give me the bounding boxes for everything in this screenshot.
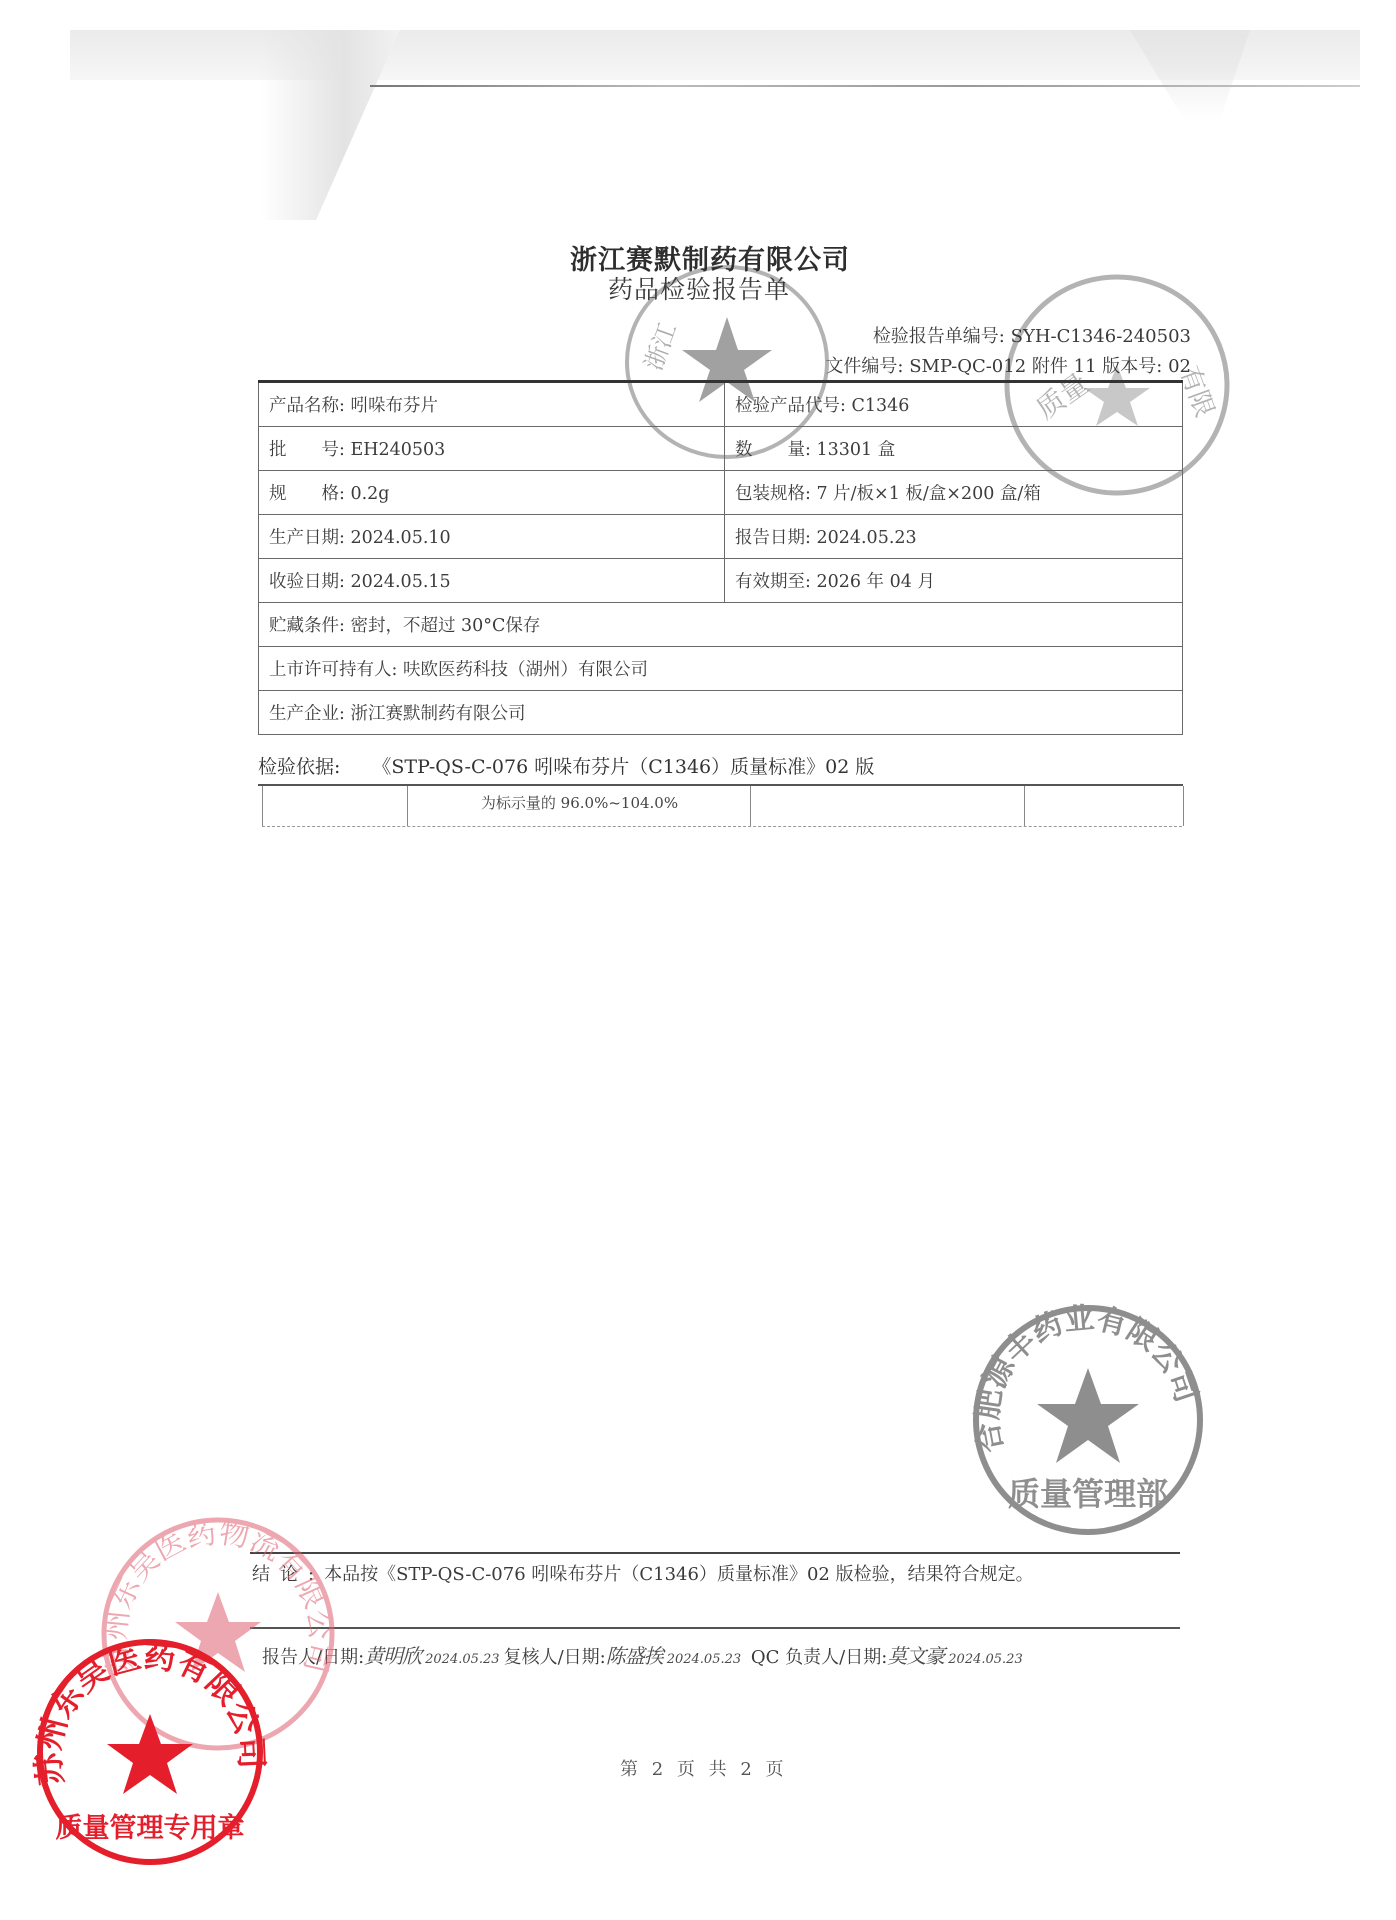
reporter-signature: 黄明欣 [364, 1644, 421, 1668]
inspection-basis: 检验依据:《STP-QS-C-076 吲哚布芬片（C1346）质量标准》02 版 [258, 752, 874, 779]
expiry-cell: 有效期至: 2026 年 04 月 [725, 559, 1183, 603]
svg-text:浙江: 浙江 [639, 319, 682, 374]
hefei-quality-stamp: 合肥源丰药业有限公司 质量管理部 [968, 1300, 1208, 1540]
scan-fold-shadow [260, 30, 400, 220]
scan-edge-line [370, 85, 1360, 87]
report-title: 药品检验报告单 [608, 270, 790, 306]
inspection-basis-label: 检验依据: [258, 756, 340, 778]
table-row: 生产企业: 浙江赛默制药有限公司 [259, 691, 1183, 735]
table-row: 收验日期: 2024.05.15 有效期至: 2026 年 04 月 [259, 559, 1183, 603]
inspection-standard: 《STP-QS-C-076 吲哚布芬片（C1346）质量标准》02 版 [372, 756, 874, 778]
dongwu-quality-stamp: 苏州东吴医药有限公司 质量管理专用章 [30, 1632, 270, 1872]
svg-text:质量管理专用章: 质量管理专用章 [56, 1812, 245, 1844]
table-row: 规 格: 0.2g 包装规格: 7 片/板×1 板/盒×200 盒/箱 [259, 471, 1183, 515]
batch-number-cell: 批 号: EH240503 [259, 427, 725, 471]
qc-date: 2024.05.23 [948, 1652, 1022, 1667]
table-row: 产品名称: 吲哚布芬片 检验产品代号: C1346 [259, 382, 1183, 427]
product-info-table: 产品名称: 吲哚布芬片 检验产品代号: C1346 批 号: EH240503 … [258, 380, 1183, 735]
file-number: 文件编号: SMP-QC-012 附件 11 版本号: 02 [825, 352, 1191, 378]
spec-cell [750, 786, 1025, 826]
table-row: 批 号: EH240503 数 量: 13301 盒 [259, 427, 1183, 471]
report-number-label: 检验报告单编号: [873, 326, 1005, 347]
version-value: 02 [1168, 356, 1191, 377]
reviewer-label: 复核人/日期: [504, 1647, 606, 1668]
divider [250, 1552, 1180, 1554]
file-number-label: 文件编号: [825, 356, 903, 377]
conclusion-text: 本品按《STP-QS-C-076 吲哚布芬片（C1346）质量标准》02 版检验… [324, 1564, 1034, 1585]
product-code-cell: 检验产品代号: C1346 [725, 382, 1183, 427]
mah-cell: 上市许可持有人: 呋欧医药科技（湖州）有限公司 [259, 647, 1183, 691]
page-number: 第 2 页 共 2 页 [620, 1755, 788, 1781]
qc-signature: 莫文豪 [887, 1644, 944, 1668]
report-number-value: SYH-C1346-240503 [1011, 326, 1191, 347]
production-date-cell: 生产日期: 2024.05.10 [259, 515, 725, 559]
reporter-date: 2024.05.23 [425, 1652, 499, 1667]
signature-row: 报告人/日期:黄明欣2024.05.23复核人/日期:陈盛挨2024.05.23… [262, 1640, 1027, 1669]
attachment-number: 附件 11 [1032, 356, 1097, 377]
table-row: 贮藏条件: 密封，不超过 30°C保存 [259, 603, 1183, 647]
receipt-date-cell: 收验日期: 2024.05.15 [259, 559, 725, 603]
file-number-value: SMP-QC-012 [909, 356, 1026, 377]
table-row: 上市许可持有人: 呋欧医药科技（湖州）有限公司 [259, 647, 1183, 691]
product-name-cell: 产品名称: 吲哚布芬片 [259, 382, 725, 427]
version-label: 版本号: [1102, 356, 1162, 377]
spec-cell [262, 786, 408, 826]
reviewer-date: 2024.05.23 [667, 1652, 741, 1667]
svg-text:质量管理部: 质量管理部 [1008, 1475, 1168, 1513]
conclusion: 结论:本品按《STP-QS-C-076 吲哚布芬片（C1346）质量标准》02 … [252, 1560, 1182, 1590]
spec-requirement: 为标示量的 96.0%~104.0% [407, 786, 751, 826]
report-date-cell: 报告日期: 2024.05.23 [725, 515, 1183, 559]
reviewer-signature: 陈盛挨 [606, 1644, 663, 1668]
storage-conditions-cell: 贮藏条件: 密封，不超过 30°C保存 [259, 603, 1183, 647]
packaging-cell: 包装规格: 7 片/板×1 板/盒×200 盒/箱 [725, 471, 1183, 515]
divider [250, 1627, 1180, 1629]
spec-cell [1024, 786, 1184, 826]
specification-cell: 规 格: 0.2g [259, 471, 725, 515]
spec-row: 为标示量的 96.0%~104.0% [262, 786, 1182, 827]
report-number: 检验报告单编号: SYH-C1346-240503 [873, 322, 1191, 348]
table-row: 生产日期: 2024.05.10 报告日期: 2024.05.23 [259, 515, 1183, 559]
qc-label: QC 负责人/日期: [751, 1647, 887, 1668]
quantity-cell: 数 量: 13301 盒 [725, 427, 1183, 471]
manufacturer-cell: 生产企业: 浙江赛默制药有限公司 [259, 691, 1183, 735]
